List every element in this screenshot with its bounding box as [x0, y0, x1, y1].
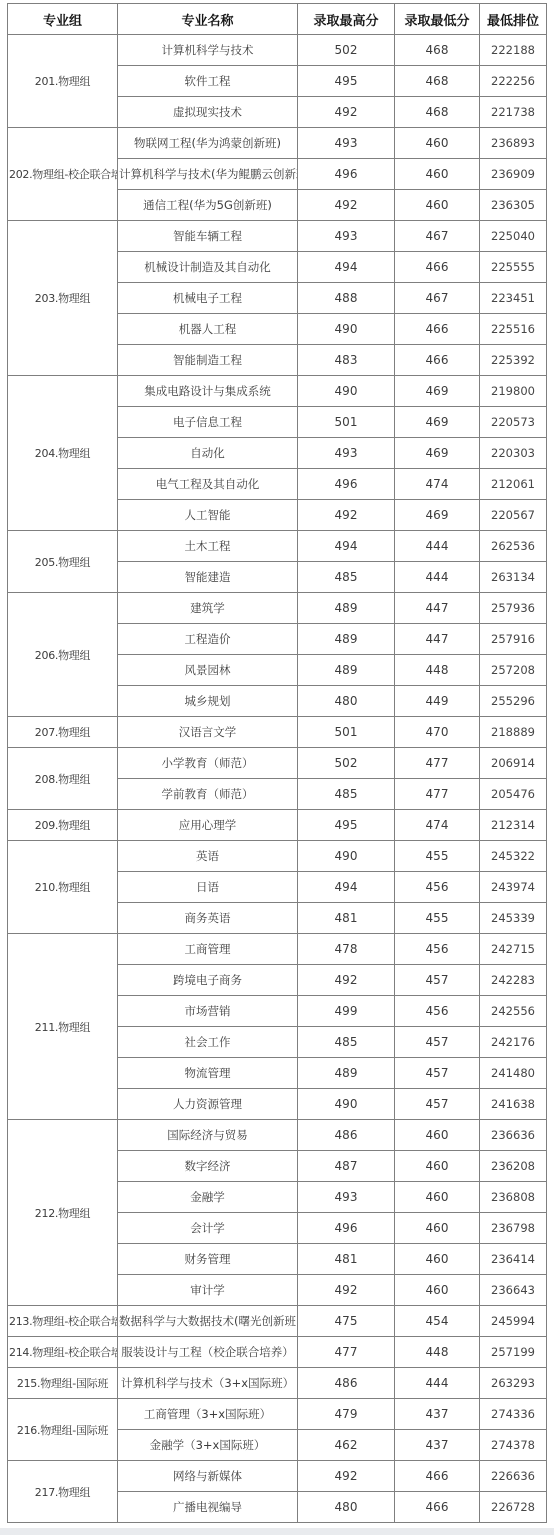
- table-row: 201.物理组计算机科学与技术502468222188: [8, 35, 547, 66]
- min-rank-cell: 245339: [480, 903, 547, 934]
- min-rank-cell: 242715: [480, 934, 547, 965]
- max-score-cell: 492: [298, 500, 395, 531]
- min-score-cell: 477: [395, 779, 480, 810]
- min-rank-cell: 274336: [480, 1399, 547, 1430]
- min-score-cell: 468: [395, 66, 480, 97]
- min-score-cell: 460: [395, 1120, 480, 1151]
- max-score-cell: 485: [298, 779, 395, 810]
- min-rank-cell: 225555: [480, 252, 547, 283]
- table-row: 207.物理组汉语言文学501470218889: [8, 717, 547, 748]
- major-group-cell: 214.物理组-校企联合培养: [8, 1337, 118, 1368]
- page: 专业组 专业名称 录取最高分 录取最低分 最低排位 201.物理组计算机科学与技…: [0, 0, 554, 1535]
- max-score-cell: 475: [298, 1306, 395, 1337]
- major-name-cell: 物联网工程(华为鸿蒙创新班): [118, 128, 298, 159]
- min-score-cell: 447: [395, 593, 480, 624]
- min-score-cell: 469: [395, 438, 480, 469]
- max-score-cell: 493: [298, 438, 395, 469]
- major-name-cell: 日语: [118, 872, 298, 903]
- max-score-cell: 477: [298, 1337, 395, 1368]
- max-score-cell: 479: [298, 1399, 395, 1430]
- major-name-cell: 计算机科学与技术(华为鲲鹏云创新班): [118, 159, 298, 190]
- max-score-cell: 501: [298, 407, 395, 438]
- min-score-cell: 457: [395, 1058, 480, 1089]
- table-body: 201.物理组计算机科学与技术502468222188软件工程495468222…: [8, 35, 547, 1523]
- max-score-cell: 490: [298, 841, 395, 872]
- min-rank-cell: 225392: [480, 345, 547, 376]
- max-score-cell: 489: [298, 655, 395, 686]
- table-row: 213.物理组-校企联合培养数据科学与大数据技术(曙光创新班)475454245…: [8, 1306, 547, 1337]
- col-header-max-score: 录取最高分: [298, 4, 395, 35]
- min-rank-cell: 274378: [480, 1430, 547, 1461]
- table-row: 202.物理组-校企联合培养物联网工程(华为鸿蒙创新班)493460236893: [8, 128, 547, 159]
- min-score-cell: 466: [395, 252, 480, 283]
- max-score-cell: 495: [298, 810, 395, 841]
- max-score-cell: 492: [298, 965, 395, 996]
- major-name-cell: 智能制造工程: [118, 345, 298, 376]
- major-group-cell: 213.物理组-校企联合培养: [8, 1306, 118, 1337]
- min-score-cell: 470: [395, 717, 480, 748]
- min-rank-cell: 222188: [480, 35, 547, 66]
- admission-score-table: 专业组 专业名称 录取最高分 录取最低分 最低排位 201.物理组计算机科学与技…: [7, 3, 547, 1523]
- min-score-cell: 457: [395, 965, 480, 996]
- min-score-cell: 466: [395, 345, 480, 376]
- max-score-cell: 492: [298, 1275, 395, 1306]
- min-score-cell: 466: [395, 1461, 480, 1492]
- min-rank-cell: 222256: [480, 66, 547, 97]
- major-name-cell: 工商管理（3+x国际班）: [118, 1399, 298, 1430]
- max-score-cell: 489: [298, 593, 395, 624]
- major-name-cell: 人力资源管理: [118, 1089, 298, 1120]
- min-rank-cell: 236808: [480, 1182, 547, 1213]
- min-score-cell: 456: [395, 996, 480, 1027]
- min-rank-cell: 241480: [480, 1058, 547, 1089]
- max-score-cell: 494: [298, 531, 395, 562]
- table-row: 215.物理组-国际班计算机科学与技术（3+x国际班）486444263293: [8, 1368, 547, 1399]
- min-score-cell: 469: [395, 376, 480, 407]
- min-score-cell: 460: [395, 190, 480, 221]
- min-rank-cell: 242556: [480, 996, 547, 1027]
- table-header: 专业组 专业名称 录取最高分 录取最低分 最低排位: [8, 4, 547, 35]
- max-score-cell: 492: [298, 97, 395, 128]
- major-name-cell: 自动化: [118, 438, 298, 469]
- min-rank-cell: 223451: [480, 283, 547, 314]
- min-rank-cell: 263293: [480, 1368, 547, 1399]
- max-score-cell: 502: [298, 748, 395, 779]
- min-score-cell: 437: [395, 1399, 480, 1430]
- max-score-cell: 493: [298, 128, 395, 159]
- max-score-cell: 489: [298, 1058, 395, 1089]
- min-score-cell: 474: [395, 469, 480, 500]
- major-name-cell: 审计学: [118, 1275, 298, 1306]
- major-name-cell: 智能车辆工程: [118, 221, 298, 252]
- min-rank-cell: 212061: [480, 469, 547, 500]
- major-group-cell: 212.物理组: [8, 1120, 118, 1306]
- min-score-cell: 444: [395, 531, 480, 562]
- min-score-cell: 469: [395, 500, 480, 531]
- major-name-cell: 计算机科学与技术: [118, 35, 298, 66]
- major-group-cell: 202.物理组-校企联合培养: [8, 128, 118, 221]
- major-name-cell: 机械设计制造及其自动化: [118, 252, 298, 283]
- max-score-cell: 493: [298, 221, 395, 252]
- table-row: 214.物理组-校企联合培养服装设计与工程（校企联合培养）47744825719…: [8, 1337, 547, 1368]
- min-rank-cell: 236893: [480, 128, 547, 159]
- min-rank-cell: 263134: [480, 562, 547, 593]
- major-name-cell: 人工智能: [118, 500, 298, 531]
- major-group-cell: 203.物理组: [8, 221, 118, 376]
- min-score-cell: 460: [395, 1275, 480, 1306]
- major-group-cell: 215.物理组-国际班: [8, 1368, 118, 1399]
- min-score-cell: 455: [395, 903, 480, 934]
- table-row: 210.物理组英语490455245322: [8, 841, 547, 872]
- major-name-cell: 通信工程(华为5G创新班): [118, 190, 298, 221]
- major-name-cell: 集成电路设计与集成系统: [118, 376, 298, 407]
- min-score-cell: 454: [395, 1306, 480, 1337]
- table-row: 203.物理组智能车辆工程493467225040: [8, 221, 547, 252]
- min-rank-cell: 225516: [480, 314, 547, 345]
- major-name-cell: 英语: [118, 841, 298, 872]
- header-row: 专业组 专业名称 录取最高分 录取最低分 最低排位: [8, 4, 547, 35]
- max-score-cell: 494: [298, 872, 395, 903]
- min-rank-cell: 257199: [480, 1337, 547, 1368]
- max-score-cell: 489: [298, 624, 395, 655]
- major-name-cell: 建筑学: [118, 593, 298, 624]
- major-name-cell: 网络与新媒体: [118, 1461, 298, 1492]
- max-score-cell: 488: [298, 283, 395, 314]
- major-name-cell: 社会工作: [118, 1027, 298, 1058]
- major-name-cell: 工商管理: [118, 934, 298, 965]
- min-rank-cell: 220567: [480, 500, 547, 531]
- min-rank-cell: 255296: [480, 686, 547, 717]
- min-rank-cell: 219800: [480, 376, 547, 407]
- major-name-cell: 智能建造: [118, 562, 298, 593]
- major-group-cell: 205.物理组: [8, 531, 118, 593]
- min-rank-cell: 205476: [480, 779, 547, 810]
- major-group-cell: 217.物理组: [8, 1461, 118, 1523]
- max-score-cell: 490: [298, 314, 395, 345]
- major-group-cell: 201.物理组: [8, 35, 118, 128]
- min-score-cell: 457: [395, 1027, 480, 1058]
- min-rank-cell: 242283: [480, 965, 547, 996]
- max-score-cell: 485: [298, 562, 395, 593]
- min-score-cell: 460: [395, 1151, 480, 1182]
- col-header-major-group: 专业组: [8, 4, 118, 35]
- min-rank-cell: 243974: [480, 872, 547, 903]
- max-score-cell: 493: [298, 1182, 395, 1213]
- below-table-margin: [0, 1528, 554, 1535]
- min-score-cell: 460: [395, 1182, 480, 1213]
- min-score-cell: 466: [395, 314, 480, 345]
- max-score-cell: 501: [298, 717, 395, 748]
- min-rank-cell: 206914: [480, 748, 547, 779]
- max-score-cell: 462: [298, 1430, 395, 1461]
- major-group-cell: 209.物理组: [8, 810, 118, 841]
- min-rank-cell: 257936: [480, 593, 547, 624]
- col-header-min-score: 录取最低分: [395, 4, 480, 35]
- table-row: 209.物理组应用心理学495474212314: [8, 810, 547, 841]
- major-group-cell: 208.物理组: [8, 748, 118, 810]
- major-name-cell: 财务管理: [118, 1244, 298, 1275]
- max-score-cell: 490: [298, 376, 395, 407]
- major-name-cell: 跨境电子商务: [118, 965, 298, 996]
- min-score-cell: 460: [395, 1244, 480, 1275]
- min-score-cell: 437: [395, 1430, 480, 1461]
- max-score-cell: 486: [298, 1120, 395, 1151]
- min-score-cell: 444: [395, 562, 480, 593]
- min-rank-cell: 236305: [480, 190, 547, 221]
- max-score-cell: 494: [298, 252, 395, 283]
- min-rank-cell: 245322: [480, 841, 547, 872]
- min-rank-cell: 226728: [480, 1492, 547, 1523]
- min-score-cell: 456: [395, 872, 480, 903]
- min-score-cell: 460: [395, 128, 480, 159]
- major-group-cell: 204.物理组: [8, 376, 118, 531]
- max-score-cell: 496: [298, 469, 395, 500]
- max-score-cell: 480: [298, 1492, 395, 1523]
- min-score-cell: 467: [395, 283, 480, 314]
- min-score-cell: 448: [395, 1337, 480, 1368]
- min-score-cell: 466: [395, 1492, 480, 1523]
- max-score-cell: 478: [298, 934, 395, 965]
- min-score-cell: 457: [395, 1089, 480, 1120]
- min-score-cell: 469: [395, 407, 480, 438]
- major-name-cell: 城乡规划: [118, 686, 298, 717]
- major-name-cell: 计算机科学与技术（3+x国际班）: [118, 1368, 298, 1399]
- max-score-cell: 481: [298, 903, 395, 934]
- max-score-cell: 499: [298, 996, 395, 1027]
- major-name-cell: 金融学（3+x国际班）: [118, 1430, 298, 1461]
- min-score-cell: 447: [395, 624, 480, 655]
- min-rank-cell: 236798: [480, 1213, 547, 1244]
- min-rank-cell: 242176: [480, 1027, 547, 1058]
- max-score-cell: 492: [298, 190, 395, 221]
- major-group-cell: 211.物理组: [8, 934, 118, 1120]
- max-score-cell: 483: [298, 345, 395, 376]
- table-row: 205.物理组土木工程494444262536: [8, 531, 547, 562]
- major-name-cell: 数据科学与大数据技术(曙光创新班): [118, 1306, 298, 1337]
- min-rank-cell: 241638: [480, 1089, 547, 1120]
- min-rank-cell: 236208: [480, 1151, 547, 1182]
- max-score-cell: 496: [298, 1213, 395, 1244]
- min-score-cell: 474: [395, 810, 480, 841]
- min-rank-cell: 226636: [480, 1461, 547, 1492]
- table-row: 206.物理组建筑学489447257936: [8, 593, 547, 624]
- max-score-cell: 495: [298, 66, 395, 97]
- major-name-cell: 工程造价: [118, 624, 298, 655]
- table-row: 217.物理组网络与新媒体492466226636: [8, 1461, 547, 1492]
- min-rank-cell: 257916: [480, 624, 547, 655]
- min-rank-cell: 221738: [480, 97, 547, 128]
- major-name-cell: 金融学: [118, 1182, 298, 1213]
- min-rank-cell: 220303: [480, 438, 547, 469]
- col-header-major-name: 专业名称: [118, 4, 298, 35]
- min-score-cell: 468: [395, 35, 480, 66]
- min-rank-cell: 236636: [480, 1120, 547, 1151]
- major-name-cell: 广播电视编导: [118, 1492, 298, 1523]
- major-name-cell: 机械电子工程: [118, 283, 298, 314]
- major-name-cell: 电子信息工程: [118, 407, 298, 438]
- major-name-cell: 服装设计与工程（校企联合培养）: [118, 1337, 298, 1368]
- major-group-cell: 210.物理组: [8, 841, 118, 934]
- min-score-cell: 467: [395, 221, 480, 252]
- major-name-cell: 商务英语: [118, 903, 298, 934]
- min-rank-cell: 236909: [480, 159, 547, 190]
- min-score-cell: 455: [395, 841, 480, 872]
- min-score-cell: 456: [395, 934, 480, 965]
- major-name-cell: 机器人工程: [118, 314, 298, 345]
- min-score-cell: 460: [395, 1213, 480, 1244]
- major-name-cell: 电气工程及其自动化: [118, 469, 298, 500]
- max-score-cell: 485: [298, 1027, 395, 1058]
- min-score-cell: 460: [395, 159, 480, 190]
- major-name-cell: 应用心理学: [118, 810, 298, 841]
- max-score-cell: 502: [298, 35, 395, 66]
- table-row: 212.物理组国际经济与贸易486460236636: [8, 1120, 547, 1151]
- min-score-cell: 448: [395, 655, 480, 686]
- min-rank-cell: 225040: [480, 221, 547, 252]
- major-group-cell: 206.物理组: [8, 593, 118, 717]
- max-score-cell: 486: [298, 1368, 395, 1399]
- major-name-cell: 数字经济: [118, 1151, 298, 1182]
- table-row: 208.物理组小学教育（师范）502477206914: [8, 748, 547, 779]
- max-score-cell: 492: [298, 1461, 395, 1492]
- min-score-cell: 468: [395, 97, 480, 128]
- major-name-cell: 小学教育（师范）: [118, 748, 298, 779]
- major-name-cell: 国际经济与贸易: [118, 1120, 298, 1151]
- max-score-cell: 480: [298, 686, 395, 717]
- major-name-cell: 虚拟现实技术: [118, 97, 298, 128]
- max-score-cell: 487: [298, 1151, 395, 1182]
- min-score-cell: 444: [395, 1368, 480, 1399]
- major-name-cell: 学前教育（师范）: [118, 779, 298, 810]
- major-name-cell: 软件工程: [118, 66, 298, 97]
- min-rank-cell: 257208: [480, 655, 547, 686]
- min-rank-cell: 220573: [480, 407, 547, 438]
- major-name-cell: 汉语言文学: [118, 717, 298, 748]
- table-row: 211.物理组工商管理478456242715: [8, 934, 547, 965]
- min-rank-cell: 212314: [480, 810, 547, 841]
- table-row: 216.物理组-国际班工商管理（3+x国际班）479437274336: [8, 1399, 547, 1430]
- max-score-cell: 496: [298, 159, 395, 190]
- min-score-cell: 477: [395, 748, 480, 779]
- min-rank-cell: 218889: [480, 717, 547, 748]
- min-score-cell: 449: [395, 686, 480, 717]
- major-name-cell: 会计学: [118, 1213, 298, 1244]
- min-rank-cell: 236643: [480, 1275, 547, 1306]
- min-rank-cell: 262536: [480, 531, 547, 562]
- col-header-min-rank: 最低排位: [480, 4, 547, 35]
- max-score-cell: 490: [298, 1089, 395, 1120]
- major-name-cell: 市场营销: [118, 996, 298, 1027]
- max-score-cell: 481: [298, 1244, 395, 1275]
- major-group-cell: 207.物理组: [8, 717, 118, 748]
- major-name-cell: 土木工程: [118, 531, 298, 562]
- min-rank-cell: 236414: [480, 1244, 547, 1275]
- min-rank-cell: 245994: [480, 1306, 547, 1337]
- major-name-cell: 风景园林: [118, 655, 298, 686]
- major-name-cell: 物流管理: [118, 1058, 298, 1089]
- table-row: 204.物理组集成电路设计与集成系统490469219800: [8, 376, 547, 407]
- major-group-cell: 216.物理组-国际班: [8, 1399, 118, 1461]
